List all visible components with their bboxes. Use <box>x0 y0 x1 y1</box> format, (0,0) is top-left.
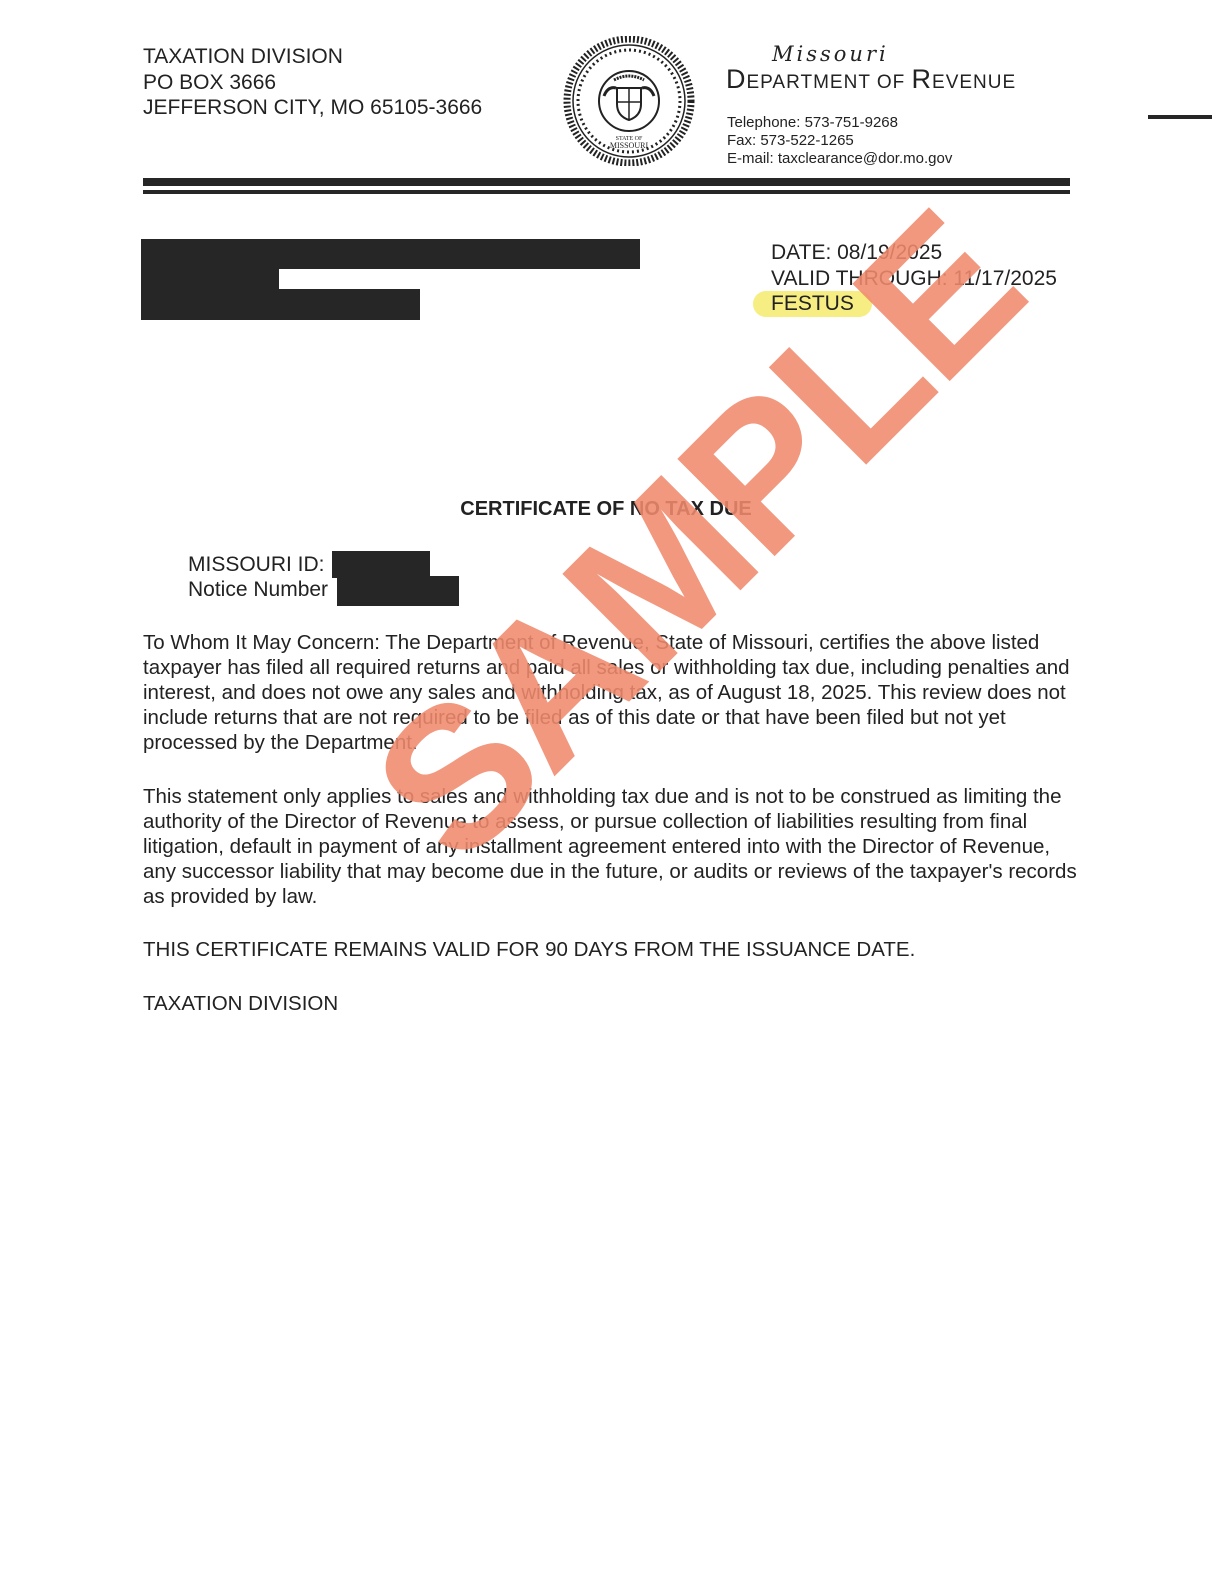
brand-script-missouri: Missouri <box>772 42 889 66</box>
location-highlighted: FESTUS <box>753 291 872 317</box>
brand-department-of-revenue: DEPARTMENT OF REVENUE <box>726 64 1016 95</box>
validity-notice: THIS CERTIFICATE REMAINS VALID FOR 90 DA… <box>143 937 1083 962</box>
contact-info: Telephone: 573-751-9268 Fax: 573-522-126… <box>727 114 952 168</box>
missouri-id-label: MISSOURI ID: <box>188 552 328 577</box>
svg-text:MISSOURI: MISSOURI <box>610 141 649 150</box>
state-seal-icon: STATE OF MISSOURI <box>562 36 696 166</box>
issue-date: DATE: 08/19/2025 <box>771 240 1057 266</box>
notice-number-label: Notice Number <box>188 577 328 602</box>
taxpayer-ids: MISSOURI ID: Notice Number <box>188 552 328 602</box>
contact-telephone: Telephone: 573-751-9268 <box>727 114 952 132</box>
certification-paragraph: To Whom It May Concern: The Department o… <box>143 630 1083 755</box>
redacted-missouri-id <box>332 551 430 578</box>
valid-through-date: VALID THROUGH: 11/17/2025 <box>771 266 1057 292</box>
contact-email: E-mail: taxclearance@dor.mo.gov <box>727 150 952 168</box>
redacted-notice-number <box>337 576 459 606</box>
certificate-dates: DATE: 08/19/2025 VALID THROUGH: 11/17/20… <box>771 240 1057 317</box>
redacted-recipient-line-3 <box>141 289 420 320</box>
header-divider-thin <box>143 190 1070 194</box>
sender-line-city: JEFFERSON CITY, MO 65105-3666 <box>143 95 482 121</box>
sender-address: TAXATION DIVISION PO BOX 3666 JEFFERSON … <box>143 44 482 121</box>
redacted-recipient-line-1 <box>141 239 640 269</box>
signature-division: TAXATION DIVISION <box>143 991 1083 1016</box>
contact-fax: Fax: 573-522-1265 <box>727 132 952 150</box>
sender-line-division: TAXATION DIVISION <box>143 44 482 70</box>
limitation-paragraph: This statement only applies to sales and… <box>143 784 1083 909</box>
document-title: CERTIFICATE OF NO TAX DUE <box>0 498 1212 521</box>
page-edge-mark <box>1148 115 1212 119</box>
sender-line-pobox: PO BOX 3666 <box>143 70 482 96</box>
redacted-recipient-line-2 <box>141 269 279 289</box>
header-divider-thick <box>143 178 1070 186</box>
